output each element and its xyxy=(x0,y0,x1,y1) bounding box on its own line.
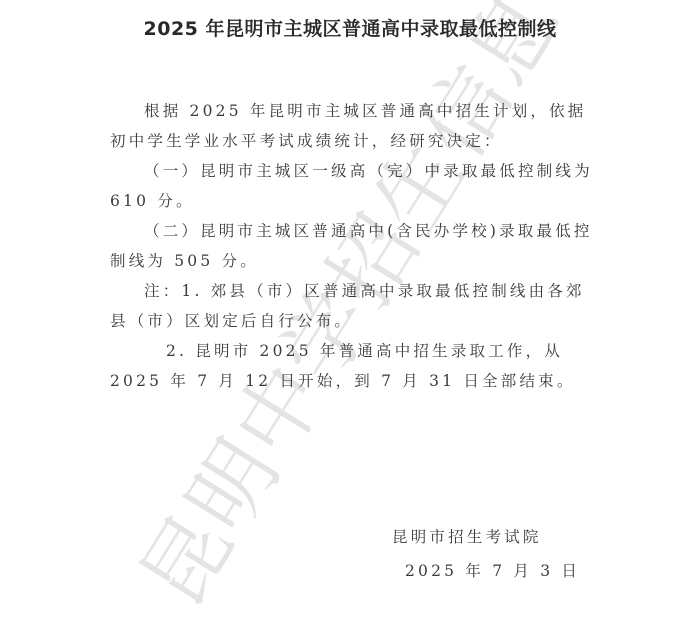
signature-organization: 昆明市招生考试院 xyxy=(392,522,542,552)
document-page: 昆明中学招生信息 2025 年昆明市主城区普通高中录取最低控制线 根据 2025… xyxy=(0,0,700,626)
first-tier-line-paragraph: （一）昆明市主城区一级高（完）中录取最低控制线为 610 分。 xyxy=(110,156,600,216)
general-line-paragraph: （二）昆明市主城区普通高中(含民办学校)录取最低控制线为 505 分。 xyxy=(110,216,600,276)
signature-date: 2025 年 7 月 3 日 xyxy=(405,556,580,586)
note-1-paragraph: 注：1. 郊县（市）区普通高中录取最低控制线由各郊县（市）区划定后自行公布。 xyxy=(110,276,600,336)
intro-paragraph: 根据 2025 年昆明市主城区普通高中招生计划，依据初中学生学业水平考试成绩统计… xyxy=(110,96,600,156)
note-2-paragraph: 2. 昆明市 2025 年普通高中招生录取工作，从 2025 年 7 月 12 … xyxy=(110,336,600,396)
document-title: 2025 年昆明市主城区普通高中录取最低控制线 xyxy=(0,14,700,41)
document-body: 根据 2025 年昆明市主城区普通高中招生计划，依据初中学生学业水平考试成绩统计… xyxy=(110,96,600,396)
